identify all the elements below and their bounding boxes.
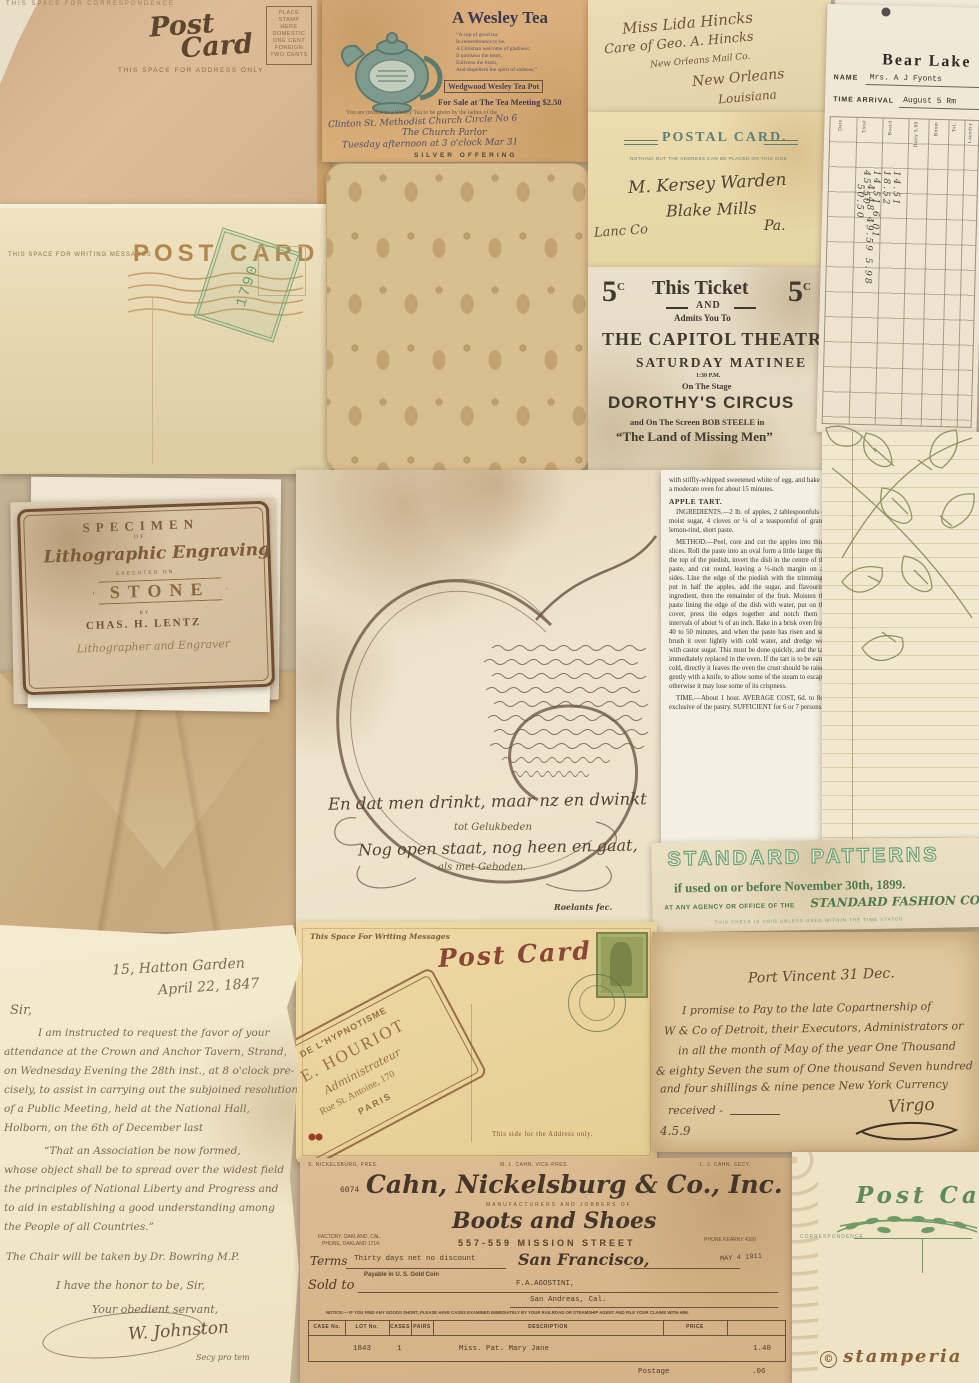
letter-address: 15, Hatton Garden — [112, 956, 246, 979]
ticket-film: “The Land of Missing Men” — [616, 429, 773, 445]
stamperia-logo: © stamperia — [820, 1346, 962, 1368]
invoice-notice: NOTICE:— IF YOU FIND ANY GOODS SHORT, PL… — [326, 1310, 689, 1315]
letter-body-line: the principles of National Liberty and P… — [4, 1183, 278, 1195]
column-header: Total — [862, 120, 867, 133]
invoice-date: MAY 4 1911 — [720, 1253, 762, 1264]
letter-body-line: the People of all Countries.” — [4, 1221, 154, 1233]
envelope-address-top-right: Miss Lida Hincks Care of Geo. A. Hincks … — [588, 0, 831, 112]
invoice-column-header: CASE No. — [309, 1324, 345, 1330]
postcard-left-2: THIS SPACE FOR WRITING MESSAGES POST CAR… — [0, 204, 332, 474]
lithographic-engraving-label: SPECIMEN OF Lithographic Engraving EXECU… — [17, 501, 275, 696]
bearlake-arrival-label: TIME ARRIVAL — [833, 96, 894, 105]
ticket-and: AND — [696, 300, 721, 311]
stdpat-valid-line: if used on or before November 30th, 1899… — [674, 876, 906, 896]
invoice-street: 557-559 MISSION STREET — [458, 1238, 636, 1248]
red-mark — [308, 1132, 324, 1142]
received-rule — [730, 1114, 780, 1115]
invoice-header-row: CASE No. LOT No. CASES PAIRS DESCRIPTION… — [309, 1321, 785, 1336]
wesley-title: A Wesley Tea — [452, 8, 548, 28]
postcard3-writing-note: This Space For Writing Messages — [310, 932, 450, 941]
ticket-screen: and On The Screen BOB STEELE in — [630, 417, 764, 427]
promis-received: received - — [668, 1104, 723, 1117]
stamp-box: PLACE STAMP HERE DOMESTIC ONE CENT FOREI… — [266, 6, 312, 65]
table-column-line — [727, 1321, 728, 1335]
litho-stone: STONE — [92, 577, 227, 605]
table-column-line — [941, 120, 950, 426]
promis-body-line: & eighty Seven the sum of One thousand S… — [656, 1059, 973, 1078]
column-header: Laundry — [968, 123, 974, 144]
callig-line2: tot Gelukbeden — [454, 822, 532, 833]
bear-lake-form: Bear Lake NAME Mrs. A J Fyonts TIME ARRI… — [816, 4, 979, 436]
letter-body-line: cisely, to assist in carrying out the su… — [4, 1084, 298, 1096]
postal-card: POSTAL CARD. NOTHING BUT THE ADDRESS CAN… — [588, 112, 831, 267]
ticket-stage: On The Stage — [682, 381, 731, 391]
postalcard-note: NOTHING BUT THE ADDRESS CAN BE PLACED ON… — [630, 156, 789, 161]
copyright-icon: © — [820, 1351, 837, 1368]
promis-amount: 4.5.9 — [660, 1124, 691, 1138]
invoice-city: San Francisco, — [518, 1250, 649, 1269]
letter-chair-line: The Chair will be taken by Dr. Bowring M… — [6, 1251, 239, 1263]
ledger-botanical-sketch — [822, 432, 979, 852]
letter-body-line: Holborn, on the 6th of December last — [4, 1122, 203, 1134]
ticket-show: SATURDAY MATINEE — [636, 355, 807, 371]
invoice-column-header: DESCRIPTION — [433, 1324, 663, 1330]
ticket-venue: THE CAPITOL THEATRE — [602, 329, 835, 350]
divider-tick — [922, 1239, 923, 1273]
handwritten-letter: 15, Hatton Garden April 22, 1847 Sir, I … — [0, 925, 302, 1383]
ticket-line2: Admits You To — [674, 313, 731, 323]
cancel-number: 1790 — [233, 261, 263, 308]
invoice-sold-name: F.A.AGOSTINI, — [516, 1280, 575, 1288]
invoice-row-lot: 1843 — [353, 1345, 371, 1353]
invoice-row-price: 1.40 — [753, 1345, 771, 1353]
litho-trade: Lithographer and Engraver — [77, 637, 231, 655]
postcard1-address-note: THIS SPACE FOR ADDRESS ONLY — [118, 67, 264, 74]
letter-body-line: whose object shall be to spread over the… — [4, 1164, 284, 1176]
litho-name: CHAS. H. LENTZ — [86, 616, 202, 632]
env1-line5: Louisiana — [718, 87, 778, 106]
calligraphy-sheet: En dat men drinkt, maar nz en dwinkt tot… — [296, 470, 662, 932]
bearlake-title: Bear Lake — [882, 51, 972, 71]
leaf-sketch — [822, 408, 979, 708]
invoice-sold-label: Sold to — [308, 1278, 354, 1293]
callig-line4: als met Geboden. — [438, 862, 526, 873]
promis-body-line: W & Co of Detroit, their Executors, Admi… — [664, 1019, 964, 1037]
column-header: Board — [888, 121, 893, 136]
invoice-column-header: CASES — [389, 1324, 411, 1330]
invoice-pres: S. NICKELSBURG, PRES. — [308, 1162, 378, 1168]
recipe-heading: APPLE TART. — [669, 497, 827, 506]
column-header: Tel. — [952, 122, 957, 132]
postcard2-writing-note: THIS SPACE FOR WRITING MESSAGES — [8, 252, 152, 258]
invoice-postage-label: Postage — [638, 1368, 670, 1376]
postalcard-hand-3: Pa. — [764, 218, 786, 234]
and-dash-left — [666, 307, 688, 309]
letter-salutation: Sir, — [10, 1003, 32, 1018]
banner-flourish-left — [624, 140, 658, 145]
ticket-price-left: 5C — [602, 275, 625, 309]
callig-signature: Roelants fec. — [554, 902, 612, 912]
litho-executed: EXECUTED ON — [116, 569, 174, 577]
invoice-postage-value: .06 — [752, 1368, 766, 1376]
invoice-column-header: LOT No. — [345, 1324, 389, 1330]
wesley-poem: “A cup of good tea In remembrance to be,… — [456, 32, 576, 74]
postcard2-divider — [152, 296, 153, 464]
postcard1-top-note: THIS SPACE FOR CORRESPONDENCE — [6, 1, 175, 7]
wesley-sale-line: For Sale at The Tea Meeting $2.50 — [438, 97, 562, 107]
stdpat-title: STANDARD PATTERNS — [667, 844, 939, 872]
ticket-act: DOROTHY'S CIRCUS — [608, 393, 794, 413]
name-rule — [866, 84, 979, 88]
apple-tart-recipe: with stiffly-whipped sweetened white of … — [661, 470, 835, 856]
invoice-order-no: 6074 — [340, 1186, 359, 1195]
postcard-bottom-middle: This Space For Writing Messages Post Car… — [296, 922, 657, 1162]
ledger-handwriting: 14.51 18.52 14.51 6.01 45.50 — [859, 170, 901, 247]
postalcard-hand-2: Blake Mills — [666, 198, 757, 220]
bearlake-arrival-value: August 5 Rm — [903, 96, 956, 106]
litho-by: BY — [139, 610, 150, 616]
letter-subsignature: Secy pro tem — [196, 1353, 250, 1362]
promis-body-line: in all the month of May of the year One … — [678, 1040, 956, 1058]
invoice-factory: FACTORY, OAKLAND, CAL. — [318, 1234, 381, 1240]
invoice-vp: M. L. CAHN, VICE-PRES. — [500, 1162, 569, 1168]
table-column-line — [921, 120, 930, 426]
postalcard-hand-1: M. Kersey Warden — [628, 170, 787, 198]
bearlake-name-value: Mrs. A J Fyonts — [870, 73, 942, 84]
letter-body-line: on Wednesday Evening the 28th inst., at … — [4, 1065, 294, 1077]
city-rule — [630, 1268, 740, 1269]
ticket-price-right: 5C — [788, 275, 811, 309]
postmark-circle — [568, 974, 626, 1032]
ephemera-collage: THIS SPACE FOR CORRESPONDENCE Post Card … — [0, 0, 979, 1383]
invoice-row-cases: 1 — [397, 1345, 402, 1353]
recipe-ingredients: INGREDIENTS.—2 lb. of apples, 2 tablespo… — [669, 508, 827, 535]
postcard4-corr: CORRESPONDENCE — [800, 1234, 864, 1240]
letter-body-line: “That an Association be now formed, — [44, 1145, 241, 1157]
wesley-hand-2: The Church Parlor — [402, 128, 486, 138]
stdpat-void-line: THIS CHECK IS VOID UNLESS USED WITHIN TH… — [715, 916, 904, 924]
recipe-intro: with stiffly-whipped sweetened white of … — [669, 476, 827, 494]
promis-heading: Port Vincent 31 Dec. — [748, 965, 895, 986]
sold-rule — [358, 1292, 778, 1293]
letter-date: April 22, 1847 — [158, 975, 260, 998]
table-column-line — [875, 118, 884, 424]
recipe-footer: TIME.—About 1 hour. AVERAGE COST, 6d. to… — [669, 694, 827, 712]
ticket-time: 1:30 P.M. — [696, 373, 720, 379]
invoice-factory-phone: PHONE, OAKLAND 1714. — [322, 1241, 380, 1247]
promis-signature: Virgo — [888, 1095, 936, 1117]
terms-rule — [346, 1268, 506, 1269]
column-header: Date — [838, 119, 843, 131]
promis-body-line: and four shillings & nine pence New York… — [660, 1077, 948, 1095]
env1-line3: New Orleans Mail Co. — [650, 52, 751, 71]
postcard3-address-note: This side for the Address only. — [492, 1130, 593, 1138]
invoice-table: CASE No. LOT No. CASES PAIRS DESCRIPTION… — [308, 1320, 786, 1362]
postcard-top-left: THIS SPACE FOR CORRESPONDENCE Post Card … — [0, 0, 330, 204]
invoice-terms-label: Terms — [310, 1254, 347, 1268]
letter-body-line: attendance at the Crown and Anchor Taver… — [4, 1046, 287, 1058]
promissory-note: Port Vincent 31 Dec. I promise to Pay to… — [652, 932, 979, 1152]
invoice-row-desc: Miss. Pat. Mary Jane — [459, 1345, 549, 1353]
letter-honor-line: I have the honor to be, Sir, — [56, 1279, 205, 1292]
stdpat-agency: AT ANY AGENCY OR OFFICE OF THE — [664, 902, 795, 911]
invoice-secy: L. J. CAHN, SECY. — [700, 1162, 751, 1168]
invoice-column-header: PRICE — [663, 1324, 727, 1330]
correspondence-rule — [854, 1238, 972, 1239]
litho-line1: Lithographic Engraving — [43, 540, 270, 568]
postcard1-title: Post Card — [149, 10, 254, 63]
letter-body-line: of a Public Meeting, held at the Nationa… — [4, 1103, 250, 1115]
invoice-phone: PHONE KEARNY 4300 — [704, 1237, 756, 1243]
litho-of: OF — [134, 534, 146, 540]
column-header: Daily 5.08 — [914, 121, 920, 147]
wesley-hand-3: Tuesday afternoon at 3 o'clock Mar 31 — [342, 137, 518, 150]
arrival-rule — [899, 107, 979, 110]
invoice-column-header: PAIRS — [411, 1324, 433, 1330]
teapot-icon — [334, 14, 446, 118]
invoice-gold: Payable in U. S. Gold Coin — [364, 1272, 439, 1278]
sold-city-rule — [510, 1307, 778, 1308]
invoice-sold-city: San Andreas, Cal. — [530, 1296, 607, 1304]
bearlake-name-label: NAME — [834, 74, 859, 82]
stdpat-company: STANDARD FASHION CO. — [810, 893, 979, 910]
postcard-bottom-right: Post Card CORRESPONDENCE © stamperia — [792, 1152, 979, 1383]
standard-patterns-coupon: STANDARD PATTERNS if used on or before N… — [651, 837, 979, 933]
table-column-line — [957, 121, 966, 427]
punch-hole — [881, 7, 890, 16]
wesley-tea-card: A Wesley Tea “A cup of good tea In remem… — [322, 0, 590, 162]
ticket-line1: This Ticket — [652, 277, 749, 300]
damask-pattern-card — [326, 163, 590, 473]
cahn-nickelsburg-invoice: S. NICKELSBURG, PRES. M. L. CAHN, VICE-P… — [300, 1158, 792, 1383]
env1-line4: New Orleans — [691, 66, 784, 90]
invoice-company: Cahn, Nickelsburg & Co., Inc. — [366, 1170, 783, 1199]
letter-body-line: to aid in establishing a good understand… — [4, 1202, 275, 1214]
capitol-theatre-ticket: 5C 5C This Ticket AND Admits You To THE … — [588, 267, 835, 471]
wesley-offering: SILVER OFFERING — [414, 152, 517, 159]
invoice-product: Boots and Shoes — [452, 1208, 656, 1234]
bearlake-table: Date Total Board Daily 5.08 Room Tel. La… — [822, 116, 979, 428]
letter-body-line: I am instructed to request the favor of … — [38, 1027, 270, 1039]
postalcard-hand-4: Lanc Co — [594, 222, 649, 241]
banner-flourish-right — [764, 140, 798, 145]
recipe-method: METHOD.—Peel, core and cut the apples in… — [669, 538, 827, 691]
column-header: Room — [934, 122, 939, 136]
promis-body-line: I promise to Pay to the late Copartnersh… — [682, 1000, 931, 1017]
invoice-terms-value: Thirty days net no discount — [354, 1255, 476, 1263]
postcard4-title: Post Card — [856, 1182, 979, 1209]
and-dash-right — [734, 307, 756, 309]
postcard3-divider — [471, 1004, 472, 1142]
promis-signature-flourish — [852, 1118, 962, 1144]
table-column-line — [901, 119, 910, 425]
wesley-pot-line: Wedgwood Wesley Tea Pot — [444, 80, 543, 93]
